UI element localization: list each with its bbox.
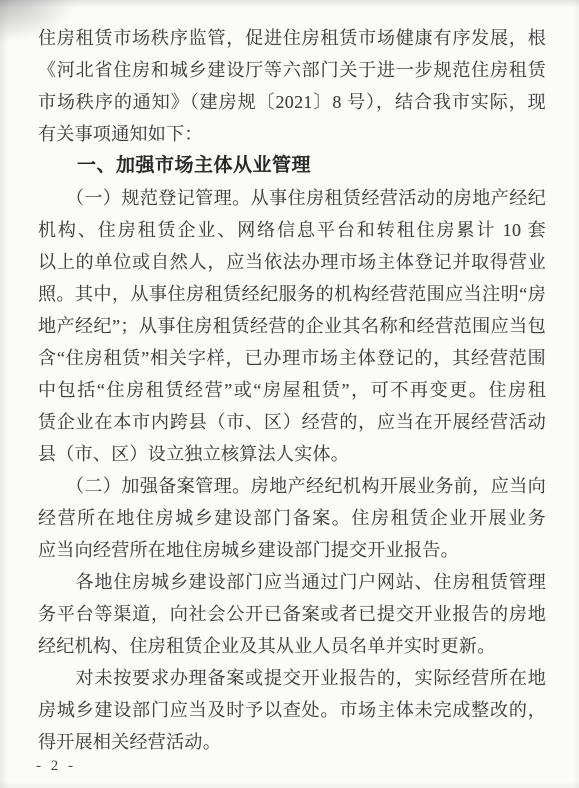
- text-line: （二）加强备案管理。房地产经纪机构开展业务前，应当向: [38, 470, 546, 502]
- text-line: 各地住房城乡建设部门应当通过门户网站、住房租赁管理服: [38, 566, 546, 598]
- text-line: 务平台等渠道，向社会公开已备案或者已提交开业报告的房地产: [38, 598, 546, 630]
- section-heading: 一、加强市场主体从业管理: [38, 150, 546, 182]
- text-line: 对未按要求办理备案或提交开业报告的，实际经营所在地住: [38, 662, 546, 694]
- text-line: 地产经纪”；从事住房租赁经营的企业其名称和经营范围应当包: [38, 310, 546, 342]
- text-line: 应当向经营所在地住房城乡建设部门提交开业报告。: [38, 534, 546, 566]
- text-line: 得开展相关经营活动。: [38, 726, 546, 758]
- text-line: （一）规范登记管理。从事住房租赁经营活动的房地产经纪: [38, 182, 546, 214]
- text-line: 经营所在地住房城乡建设部门备案。住房租赁企业开展业务前，: [38, 502, 546, 534]
- text-line: 有关事项通知如下：: [38, 118, 546, 150]
- text-line: 县（市、区）设立独立核算法人实体。: [38, 438, 546, 470]
- document-body: 住房租赁市场秩序监管，促进住房租赁市场健康有序发展，根据 《河北省住房和城乡建设…: [38, 22, 546, 758]
- text-line: 含“住房租赁”相关字样，已办理市场主体登记的，其经营范围: [38, 342, 546, 374]
- text-line: 经纪机构、住房租赁企业及其从业人员名单并实时更新。: [38, 630, 546, 662]
- text-line: 机构、住房租赁企业、网络信息平台和转租住房累计 10 套（间）: [38, 214, 546, 246]
- text-line: 赁企业在本市内跨县（市、区）经营的，应当在开展经营活动的: [38, 406, 546, 438]
- text-line: 以上的单位或自然人，应当依法办理市场主体登记并取得营业执: [38, 246, 546, 278]
- text-line: 市场秩序的通知》（建房规〔2021〕8 号），结合我市实际，现就: [38, 86, 546, 118]
- text-line: 照。其中，从事住房租赁经纪服务的机构经营范围应当注明“房: [38, 278, 546, 310]
- text-line: 《河北省住房和城乡建设厅等六部门关于进一步规范住房租赁: [38, 54, 546, 86]
- document-page: 住房租赁市场秩序监管，促进住房租赁市场健康有序发展，根据 《河北省住房和城乡建设…: [0, 0, 579, 788]
- page-number: - 2 -: [36, 756, 76, 776]
- text-line: 房城乡建设部门应当及时予以查处。市场主体未完成整改的，不: [38, 694, 546, 726]
- text-line: 住房租赁市场秩序监管，促进住房租赁市场健康有序发展，根据: [38, 22, 546, 54]
- text-line: 中包括“住房租赁经营”或“房屋租赁”，可不再变更。住房租: [38, 374, 546, 406]
